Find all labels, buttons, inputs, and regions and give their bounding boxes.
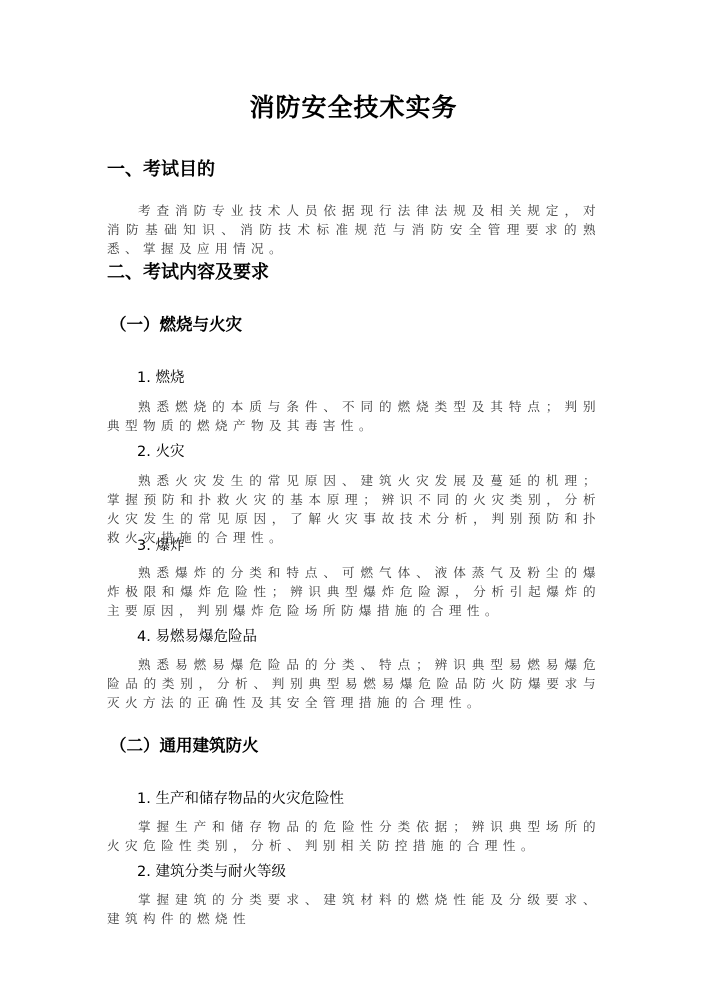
item-heading-explosion: 3. 爆炸 xyxy=(137,536,184,556)
section-heading-exam-content: 二、考试内容及要求 xyxy=(107,261,269,285)
section-heading-exam-purpose: 一、考试目的 xyxy=(107,158,215,182)
item-heading-hazardous-materials: 4. 易燃易爆危险品 xyxy=(137,627,257,647)
subsection-heading-general-building-fire-protection: （二）通用建筑防火 xyxy=(110,735,259,757)
section-paragraph-exam-purpose: 考查消防专业技术人员依据现行法律法规及相关规定，对消防基础知识、消防技术标准规范… xyxy=(107,201,601,258)
item-heading-production-storage-hazard: 1. 生产和储存物品的火灾危险性 xyxy=(137,789,344,809)
document-page: 消防安全技术实务 一、考试目的 考查消防专业技术人员依据现行法律法规及相关规定，… xyxy=(0,0,707,1000)
item-paragraph-combustion: 熟悉燃烧的本质与条件、不同的燃烧类型及其特点；判别典型物质的燃烧产物及其毒害性。 xyxy=(107,397,601,435)
document-title: 消防安全技术实务 xyxy=(0,92,707,124)
item-paragraph-hazardous-materials: 熟悉易燃易爆危险品的分类、特点；辨识典型易燃易爆危险品的类别，分析、判别典型易燃… xyxy=(107,655,601,712)
item-heading-combustion: 1. 燃烧 xyxy=(137,368,184,388)
subsection-heading-combustion-fire: （一）燃烧与火灾 xyxy=(110,314,242,336)
item-heading-building-classification: 2. 建筑分类与耐火等级 xyxy=(137,862,286,882)
item-paragraph-explosion: 熟悉爆炸的分类和特点、可燃气体、液体蒸气及粉尘的爆炸极限和爆炸危险性；辨识典型爆… xyxy=(107,563,601,620)
item-paragraph-building-classification: 掌握建筑的分类要求、建筑材料的燃烧性能及分级要求、建筑构件的燃烧性 xyxy=(107,890,601,928)
item-heading-fire: 2. 火灾 xyxy=(137,442,184,462)
item-paragraph-production-storage-hazard: 掌握生产和储存物品的危险性分类依据；辨识典型场所的火灾危险性类别，分析、判别相关… xyxy=(107,817,601,855)
